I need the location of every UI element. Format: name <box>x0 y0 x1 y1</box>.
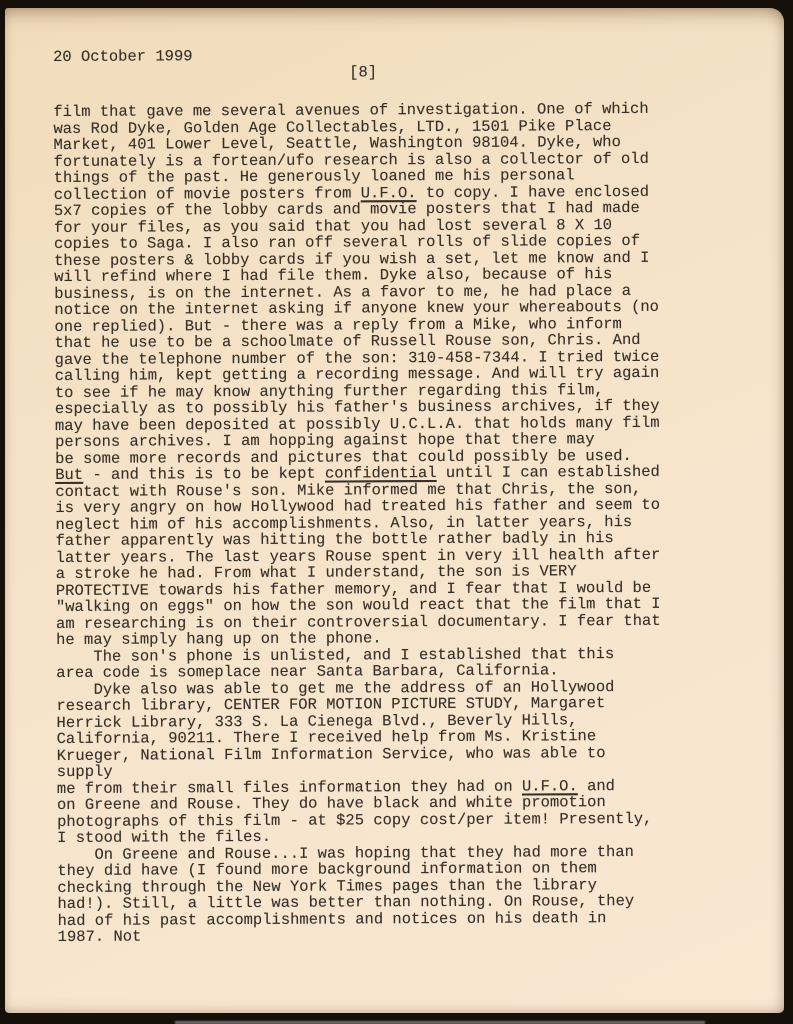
document-line: had of his past accomplishments and noti… <box>58 909 678 929</box>
underlined-text: But <box>55 466 83 484</box>
document-body: film that gave me several avenues of inv… <box>53 101 677 946</box>
letter-page: 20 October 1999 [8] film that gave me se… <box>5 8 784 1013</box>
scan-backdrop: 20 October 1999 [8] film that gave me se… <box>0 0 793 1024</box>
underlined-text: U.F.O. <box>522 777 578 795</box>
document-line: photographs of this film - at $25 copy c… <box>57 810 677 830</box>
document-line: Krueger, National Film Information Servi… <box>57 744 677 764</box>
page-content: 20 October 1999 [8] film that gave me se… <box>53 46 678 946</box>
underlined-text: confidential <box>325 464 437 483</box>
